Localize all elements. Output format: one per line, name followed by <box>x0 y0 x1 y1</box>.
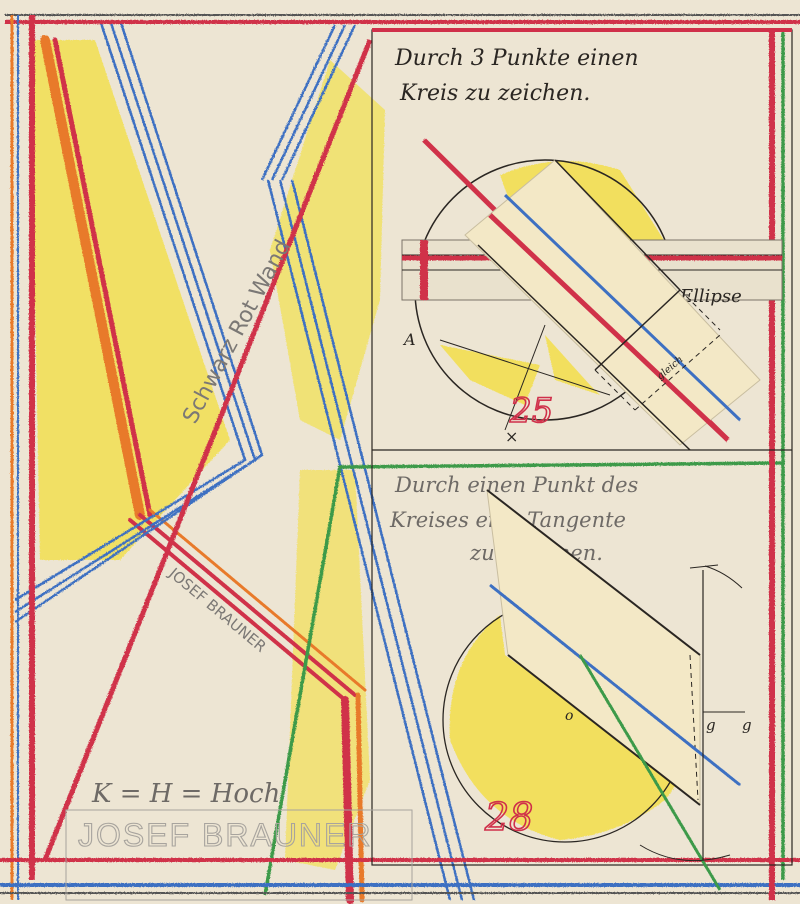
red-number-bottom: 28 <box>484 795 533 839</box>
top-caption-line1: Durch 3 Punkte einen <box>394 46 639 71</box>
top-caption-line2: Kreis zu zeichen. <box>399 81 590 106</box>
red-number-top: 25 <box>509 391 553 431</box>
label-o: o <box>565 708 573 724</box>
pencil-note-hoch: K = H = Hoch <box>91 779 280 809</box>
bottom-caption-line1: Durch einen Punkt des <box>394 473 639 497</box>
label-a: A <box>402 330 416 349</box>
top-panel-diagram: Durch 3 Punkte einen Kreis zu zeichen. A… <box>394 46 782 450</box>
pencil-vertical-text: Schwarz Rot Wand <box>178 236 296 428</box>
stamp-text: JOSEF BRAUNER <box>78 817 372 853</box>
cross-mark: × <box>505 427 518 446</box>
label-g2: g <box>742 716 752 734</box>
label-g1: g <box>706 716 716 734</box>
artwork-canvas: Durch 3 Punkte einen Kreis zu zeichen. A… <box>0 0 800 904</box>
collage-drawing: Durch 3 Punkte einen Kreis zu zeichen. A… <box>0 0 800 904</box>
